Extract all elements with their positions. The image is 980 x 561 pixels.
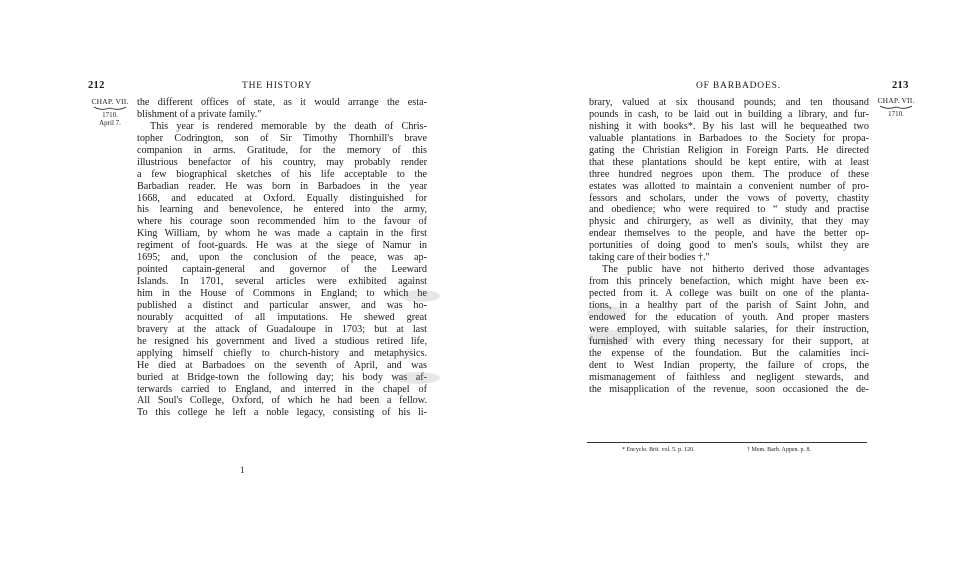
text-line: he resigned his government and lived a s… bbox=[137, 336, 427, 348]
text-line: him in the House of Commons in England; … bbox=[137, 288, 427, 300]
text-line: portunities of doing good to men's souls… bbox=[589, 240, 869, 252]
text-line: and obedience; who were required to “ st… bbox=[589, 204, 869, 216]
right-page: OF BARBADOES. 213 CHAP. VII. 1710. brary… bbox=[490, 0, 980, 561]
paragraph-start: The public have not hitherto derived tho… bbox=[589, 264, 869, 276]
left-page: 212 THE HISTORY CHAP. VII. 1710. April 7… bbox=[0, 0, 490, 561]
paragraph-start: This year is rendered memorable by the d… bbox=[137, 121, 427, 133]
text-line: applying himself chiefly to church-histo… bbox=[137, 348, 427, 360]
body-text: brary, valued at six thousand pounds; an… bbox=[589, 97, 869, 395]
body-text: the different offices of state, as it wo… bbox=[137, 97, 427, 419]
text-line: mismanagement of faithless and negligent… bbox=[589, 372, 869, 384]
text-line: taking care of their bodies †." bbox=[589, 252, 869, 264]
text-line: endear themselves to the people, and hav… bbox=[589, 228, 869, 240]
text-line: nourably acquitted of all imputations. H… bbox=[137, 312, 427, 324]
chapter-label: CHAP. VII. bbox=[86, 98, 134, 106]
text-line: the misapplication of the revenue, soon … bbox=[589, 384, 869, 396]
text-line: valuable plantations in Barbadoes to the… bbox=[589, 133, 869, 145]
page-number: 212 bbox=[88, 80, 105, 91]
text-line: regiment of foot-guards. He was at the s… bbox=[137, 240, 427, 252]
text-line: illustrious benefactor of his country, m… bbox=[137, 157, 427, 169]
margin-note: CHAP. VII. 1710. April 7. bbox=[86, 98, 134, 127]
text-line: from this princely benefaction, which mi… bbox=[589, 276, 869, 288]
text-line: published a distinct and particular answ… bbox=[137, 300, 427, 312]
text-line: three hundred negroes upon them. The pro… bbox=[589, 169, 869, 181]
text-line: Barbadian reader. He was born in Barbado… bbox=[137, 181, 427, 193]
text-line: companion in arms. Gratitude, for the me… bbox=[137, 145, 427, 157]
text-line: bravery at the attack of Guadaloupe in 1… bbox=[137, 324, 427, 336]
text-line: buried at Bridge-town the following day;… bbox=[137, 372, 427, 384]
text-line: a few biographical sketches of his life … bbox=[137, 169, 427, 181]
footnote: * Encyclo. Brit. vol. 5. p. 120. bbox=[622, 447, 695, 453]
margin-year: 1710. bbox=[872, 110, 920, 118]
footnote-rule bbox=[587, 442, 867, 443]
text-line: To this college he left a noble legacy, … bbox=[137, 407, 427, 419]
text-line: gating the Christian Religion in Foreign… bbox=[589, 145, 869, 157]
text-line: that these plantations should be kept en… bbox=[589, 157, 869, 169]
text-line: the different offices of state, as it wo… bbox=[137, 97, 427, 109]
text-line: He died at Barbadoes on the seventh of A… bbox=[137, 360, 427, 372]
text-line: pected from it. A college was built on o… bbox=[589, 288, 869, 300]
text-line: tions, in a healthy part of the parish o… bbox=[589, 300, 869, 312]
text-line: King William, by whom he was made a capt… bbox=[137, 228, 427, 240]
margin-note: CHAP. VII. 1710. bbox=[872, 97, 920, 118]
running-title: OF BARBADOES. bbox=[696, 81, 781, 91]
text-line: fessors and scholars, under the vows of … bbox=[589, 193, 869, 205]
text-line: pointed captain-general and governor of … bbox=[137, 264, 427, 276]
text-line: 1668, and educated at Oxford. Equally di… bbox=[137, 193, 427, 205]
page-number: 213 bbox=[892, 80, 909, 91]
text-line: blishment of a private family." bbox=[137, 109, 427, 121]
text-line: Islands. In 1701, several articles were … bbox=[137, 276, 427, 288]
text-line: estates was allotted to maintain a conve… bbox=[589, 181, 869, 193]
text-line: terwards carried to England, and interre… bbox=[137, 384, 427, 396]
text-line: topher Codrington, son of Sir Timothy Th… bbox=[137, 133, 427, 145]
text-line: physic and chirurgery, as well as divini… bbox=[589, 216, 869, 228]
text-line: brary, valued at six thousand pounds; an… bbox=[589, 97, 869, 109]
signature-mark: 1 bbox=[240, 465, 245, 475]
text-line: furnished with every thing necessary for… bbox=[589, 336, 869, 348]
text-line: pounds in cash, to be laid out in buildi… bbox=[589, 109, 869, 121]
text-line: his learning and benevolence, he entered… bbox=[137, 204, 427, 216]
text-line: where his courage soon recommended him t… bbox=[137, 216, 427, 228]
margin-date: April 7. bbox=[86, 119, 134, 127]
margin-year: 1710. bbox=[86, 111, 134, 119]
text-line: the expense of the foundation. But the c… bbox=[589, 348, 869, 360]
text-line: 1695; and, upon the conclusion of the pe… bbox=[137, 252, 427, 264]
text-line: were employed, with suitable salaries, f… bbox=[589, 324, 869, 336]
text-line: nishing it with books*. By his last will… bbox=[589, 121, 869, 133]
text-line: All Soul's College, Oxford, of which he … bbox=[137, 395, 427, 407]
chapter-label: CHAP. VII. bbox=[872, 97, 920, 105]
text-line: dent to West Indian property, the failur… bbox=[589, 360, 869, 372]
running-title: THE HISTORY bbox=[242, 81, 312, 91]
text-line: endowed for the education of youth. And … bbox=[589, 312, 869, 324]
footnote: † Mem. Barb. Appen. p. 8. bbox=[747, 447, 811, 453]
